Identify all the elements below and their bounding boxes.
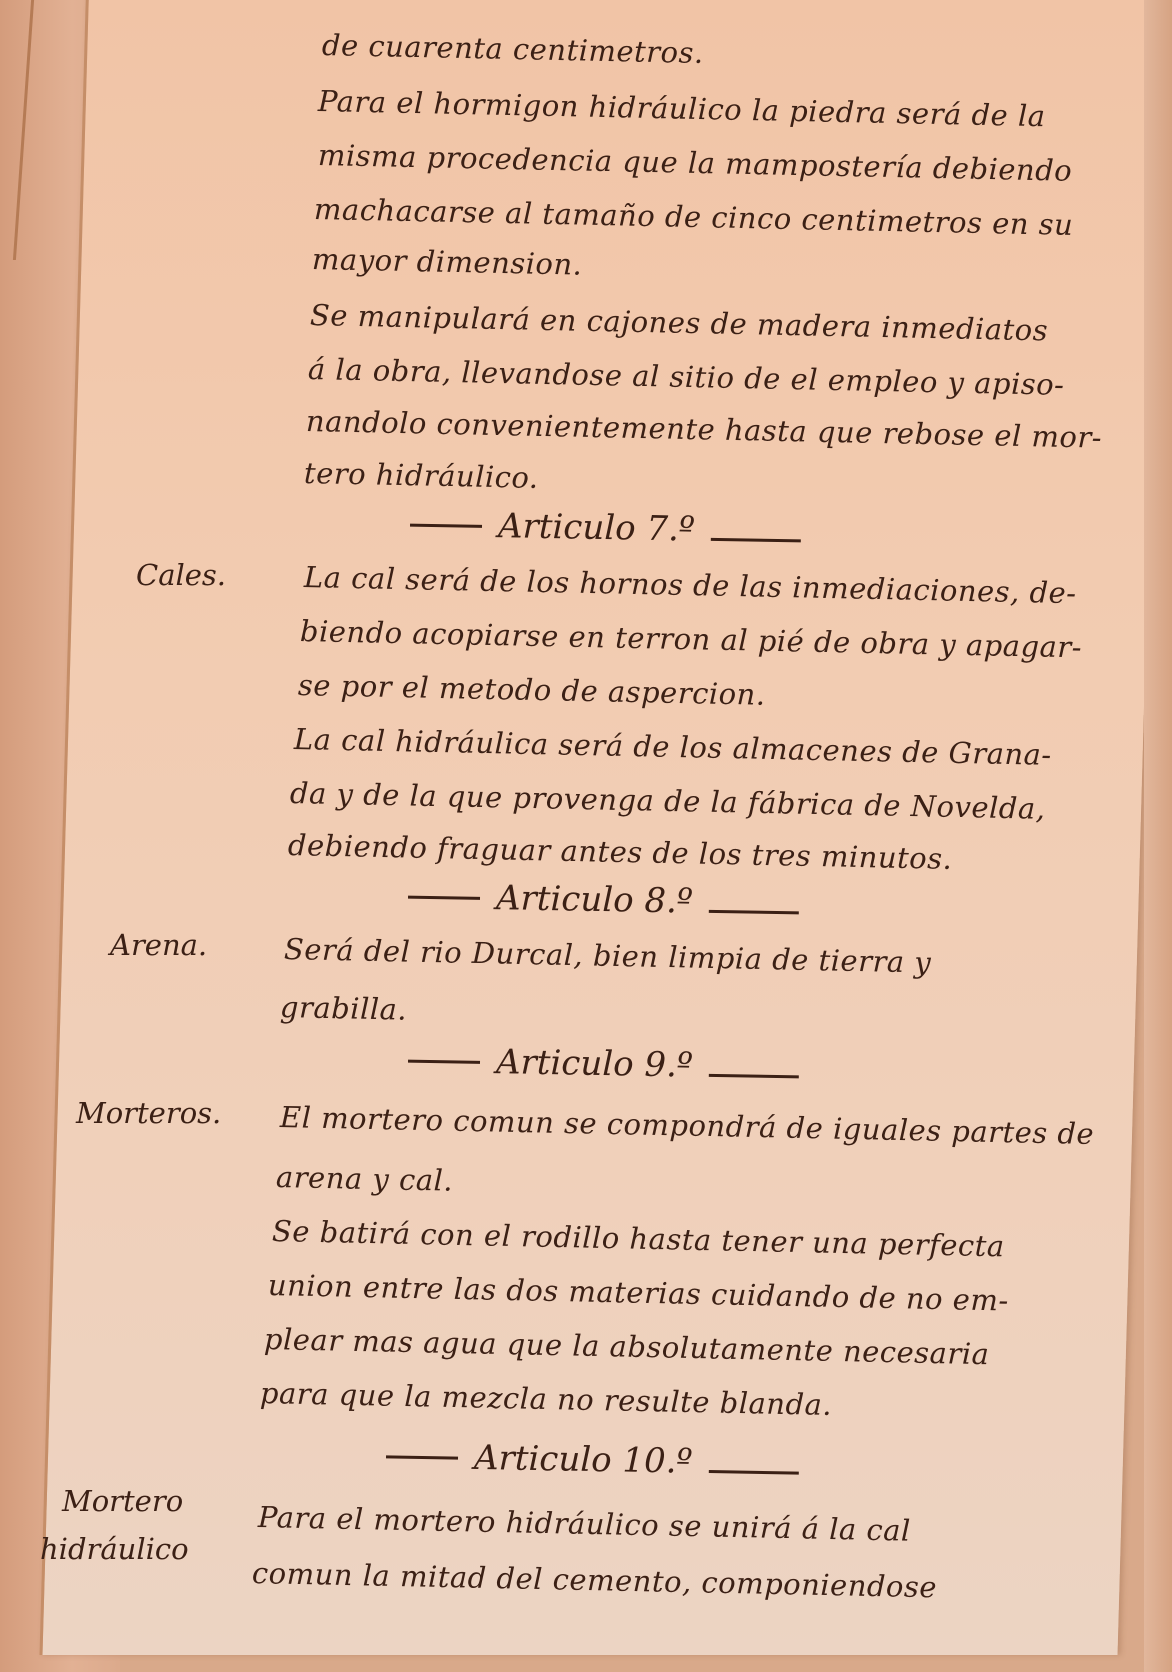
manuscript-line: grabilla. — [280, 990, 408, 1027]
article-title: Articulo 9.º — [496, 1042, 694, 1085]
heading-rule — [711, 537, 801, 542]
article-heading: Articulo 8.º — [408, 877, 800, 924]
article-heading: Articulo 9.º — [408, 1041, 800, 1088]
manuscript-line: arena y cal. — [276, 1160, 454, 1198]
article-title: Articulo 10.º — [474, 1438, 693, 1482]
article-heading: Articulo 7.º — [410, 505, 802, 552]
heading-rule — [709, 909, 799, 914]
article-heading: Articulo 10.º — [386, 1436, 799, 1483]
heading-rule — [386, 1455, 458, 1459]
page-right-edge — [1144, 0, 1172, 1672]
manuscript-line: mayor dimension. — [312, 242, 583, 282]
article-title: Articulo 7.º — [498, 506, 696, 549]
margin-label: Morteros. — [76, 1096, 221, 1130]
heading-rule — [708, 1470, 798, 1475]
margin-label: Arena. — [110, 928, 207, 962]
margin-label: Mortero — [62, 1484, 183, 1518]
margin-label: hidráulico — [40, 1532, 189, 1566]
margin-label: Cales. — [136, 558, 226, 592]
heading-rule — [410, 523, 482, 527]
heading-rule — [408, 1059, 480, 1063]
heading-rule — [709, 1073, 799, 1078]
heading-rule — [408, 895, 480, 899]
article-title: Articulo 8.º — [496, 878, 694, 921]
manuscript-line: tero hidráulico. — [304, 456, 539, 495]
